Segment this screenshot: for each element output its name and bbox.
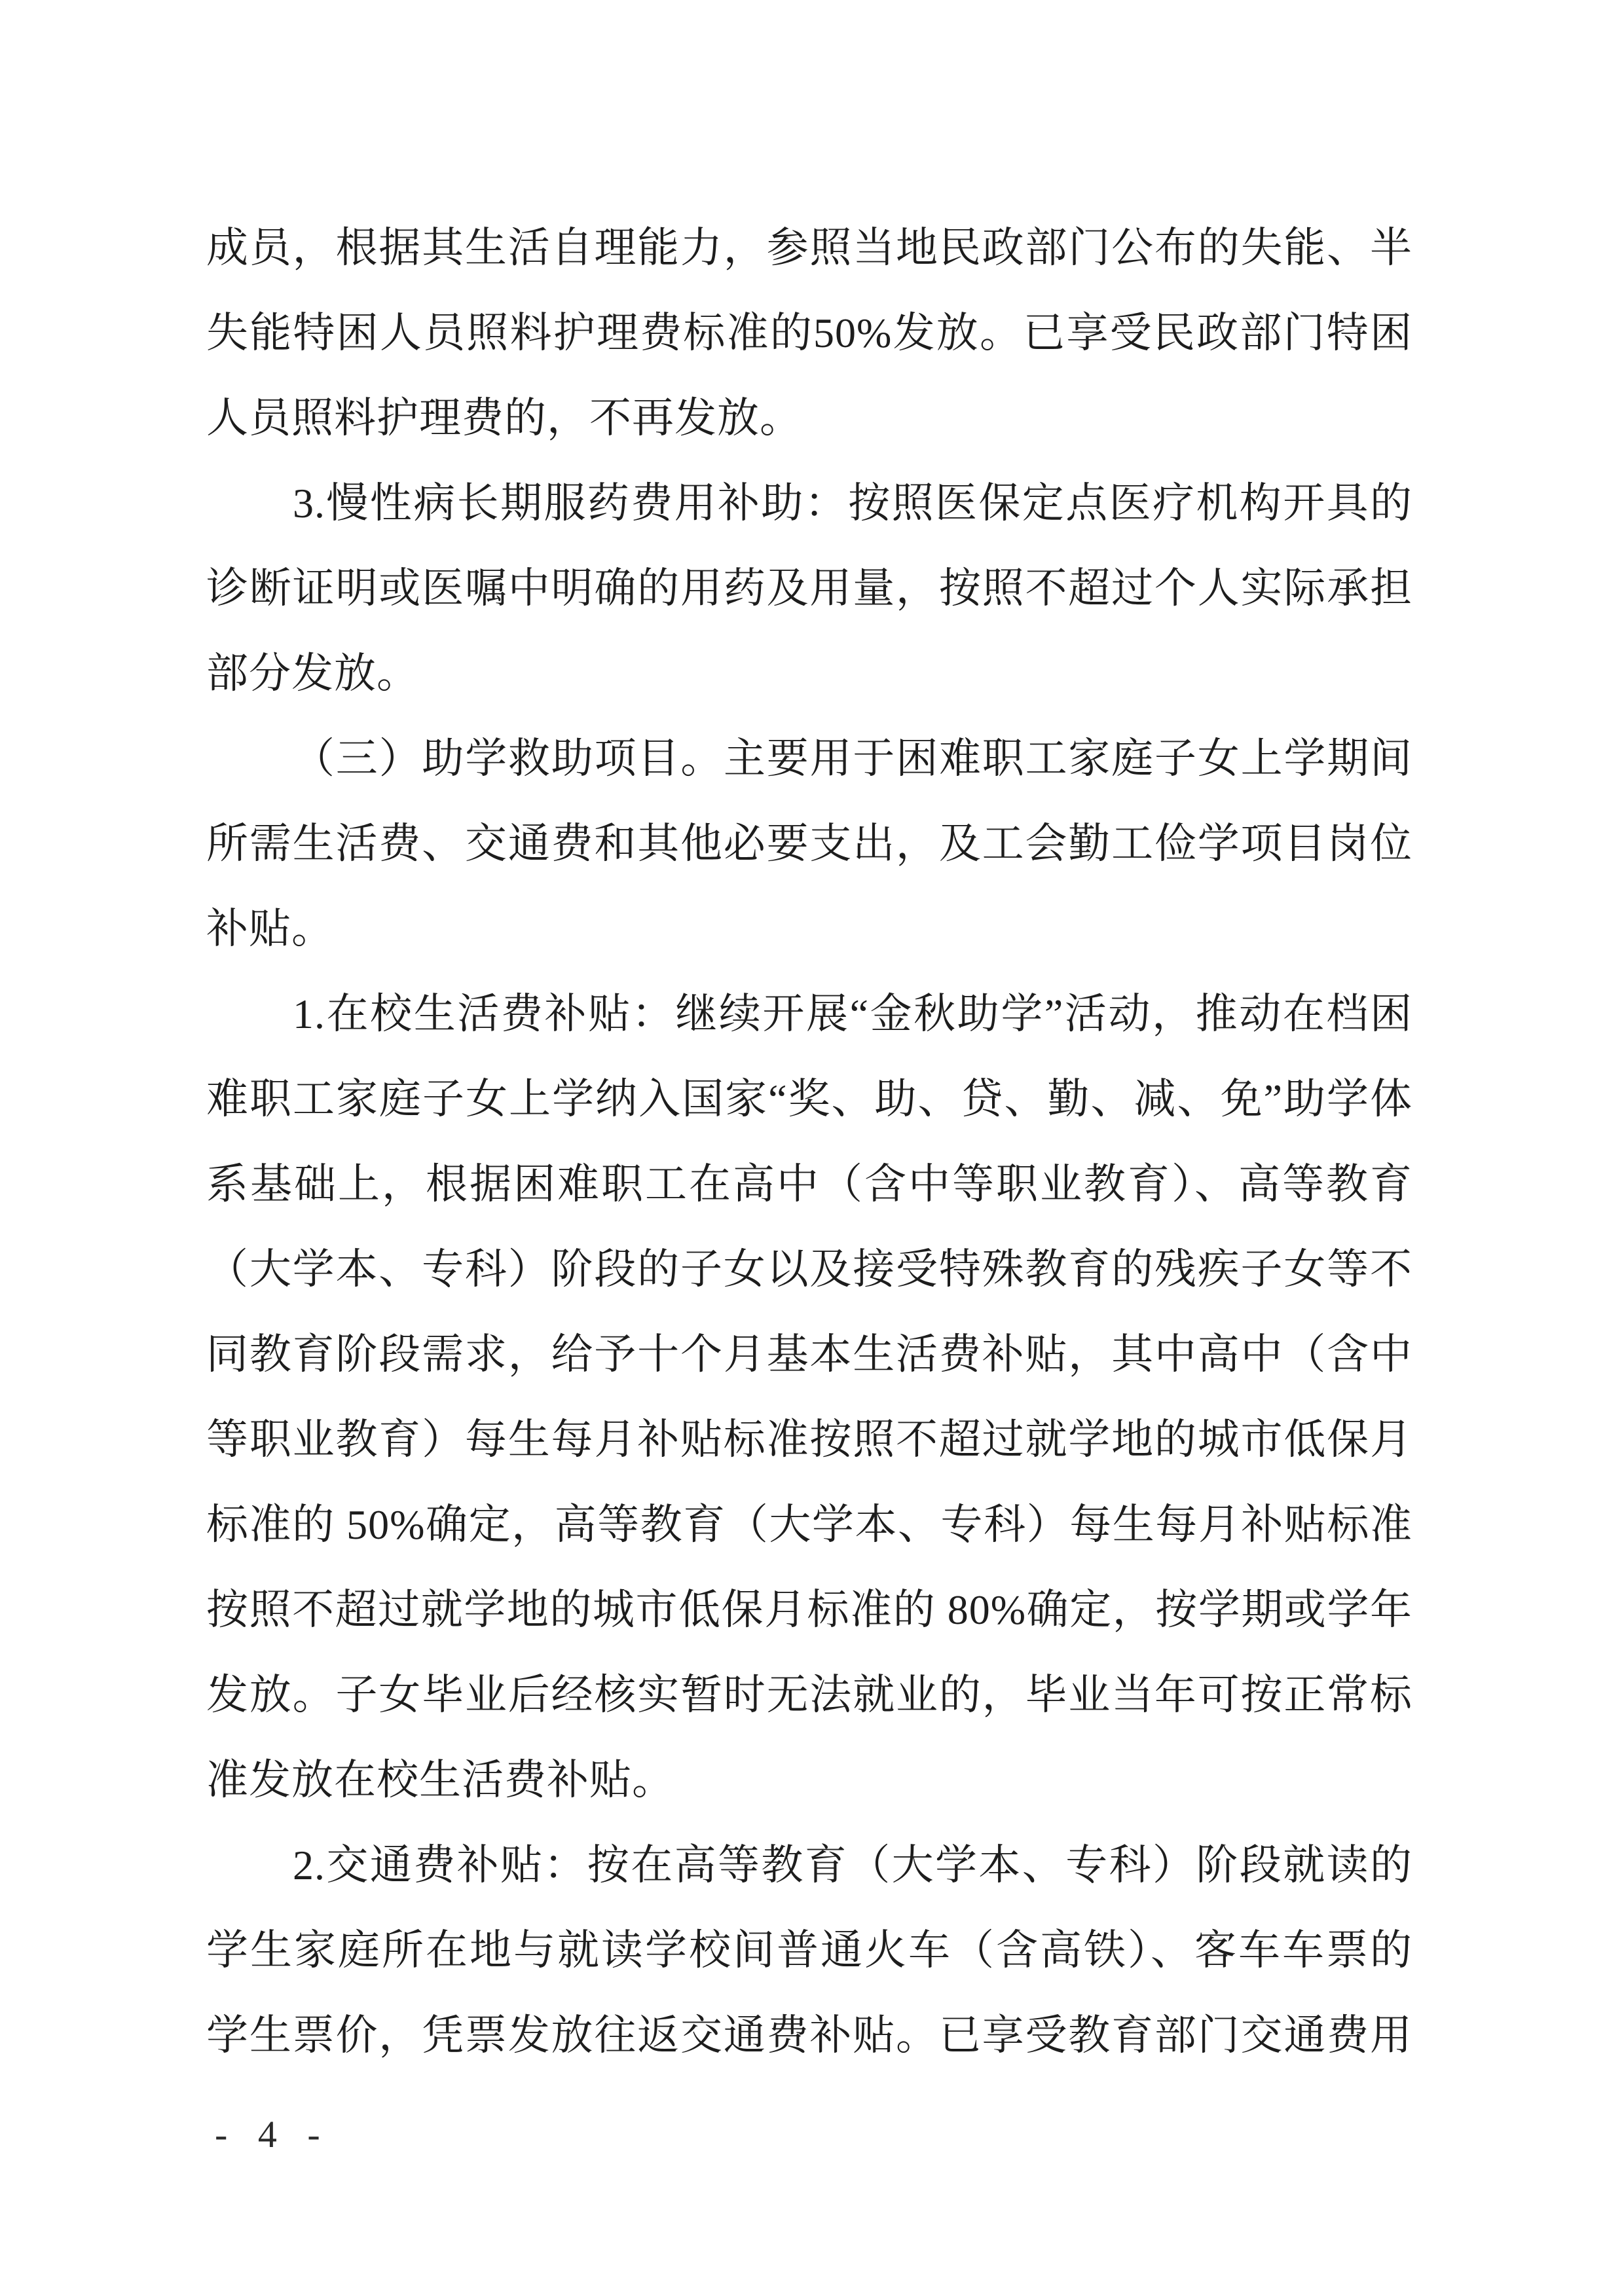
text-line: 失能特困人员照料护理费标准的50%发放。已享受民政部门特困 xyxy=(206,291,1412,376)
text-line: 诊断证明或医嘱中明确的用药及用量，按照不超过个人实际承担 xyxy=(206,546,1412,631)
text-line: （大学本、专科）阶段的子女以及接受特殊教育的残疾子女等不 xyxy=(206,1227,1412,1312)
text-line: 按照不超过就学地的城市低保月标准的 80%确定，按学期或学年 xyxy=(206,1568,1412,1653)
text-line: 人员照料护理费的，不再发放。 xyxy=(206,376,1412,461)
text-line: 部分发放。 xyxy=(206,631,1412,716)
text-line: 系基础上，根据困难职工在高中（含中等职业教育）、高等教育 xyxy=(206,1142,1412,1227)
text-line: 等职业教育）每生每月补贴标准按照不超过就学地的城市低保月 xyxy=(206,1397,1412,1482)
text-line: 学生家庭所在地与就读学校间普通火车（含高铁）、客车车票的 xyxy=(206,1908,1412,1993)
text-line: 发放。子女毕业后经核实暂时无法就业的，毕业当年可按正常标 xyxy=(206,1653,1412,1738)
text-line: （三）助学救助项目。主要用于困难职工家庭子女上学期间 xyxy=(206,716,1412,801)
text-line: 同教育阶段需求，给予十个月基本生活费补贴，其中高中（含中 xyxy=(206,1312,1412,1397)
text-line: 准发放在校生活费补贴。 xyxy=(206,1738,1412,1823)
text-line: 2.交通费补贴：按在高等教育（大学本、专科）阶段就读的 xyxy=(206,1823,1412,1908)
text-line: 1.在校生活费补贴：继续开展“金秋助学”活动，推动在档困 xyxy=(206,972,1412,1057)
document-body: 成员，根据其生活自理能力，参照当地民政部门公布的失能、半失能特困人员照料护理费标… xyxy=(206,206,1412,2078)
text-line: 所需生活费、交通费和其他必要支出，及工会勤工俭学项目岗位 xyxy=(206,801,1412,887)
text-line: 补贴。 xyxy=(206,887,1412,972)
page-number: - 4 - xyxy=(215,2110,331,2159)
text-line: 学生票价，凭票发放往返交通费补贴。已享受教育部门交通费用 xyxy=(206,1993,1412,2078)
text-line: 3.慢性病长期服药费用补助：按照医保定点医疗机构开具的 xyxy=(206,461,1412,546)
text-line: 难职工家庭子女上学纳入国家“奖、助、贷、勤、减、免”助学体 xyxy=(206,1057,1412,1142)
document-page: 成员，根据其生活自理能力，参照当地民政部门公布的失能、半失能特困人员照料护理费标… xyxy=(0,0,1624,2295)
text-line: 成员，根据其生活自理能力，参照当地民政部门公布的失能、半 xyxy=(206,206,1412,291)
text-line: 标准的 50%确定，高等教育（大学本、专科）每生每月补贴标准 xyxy=(206,1482,1412,1568)
